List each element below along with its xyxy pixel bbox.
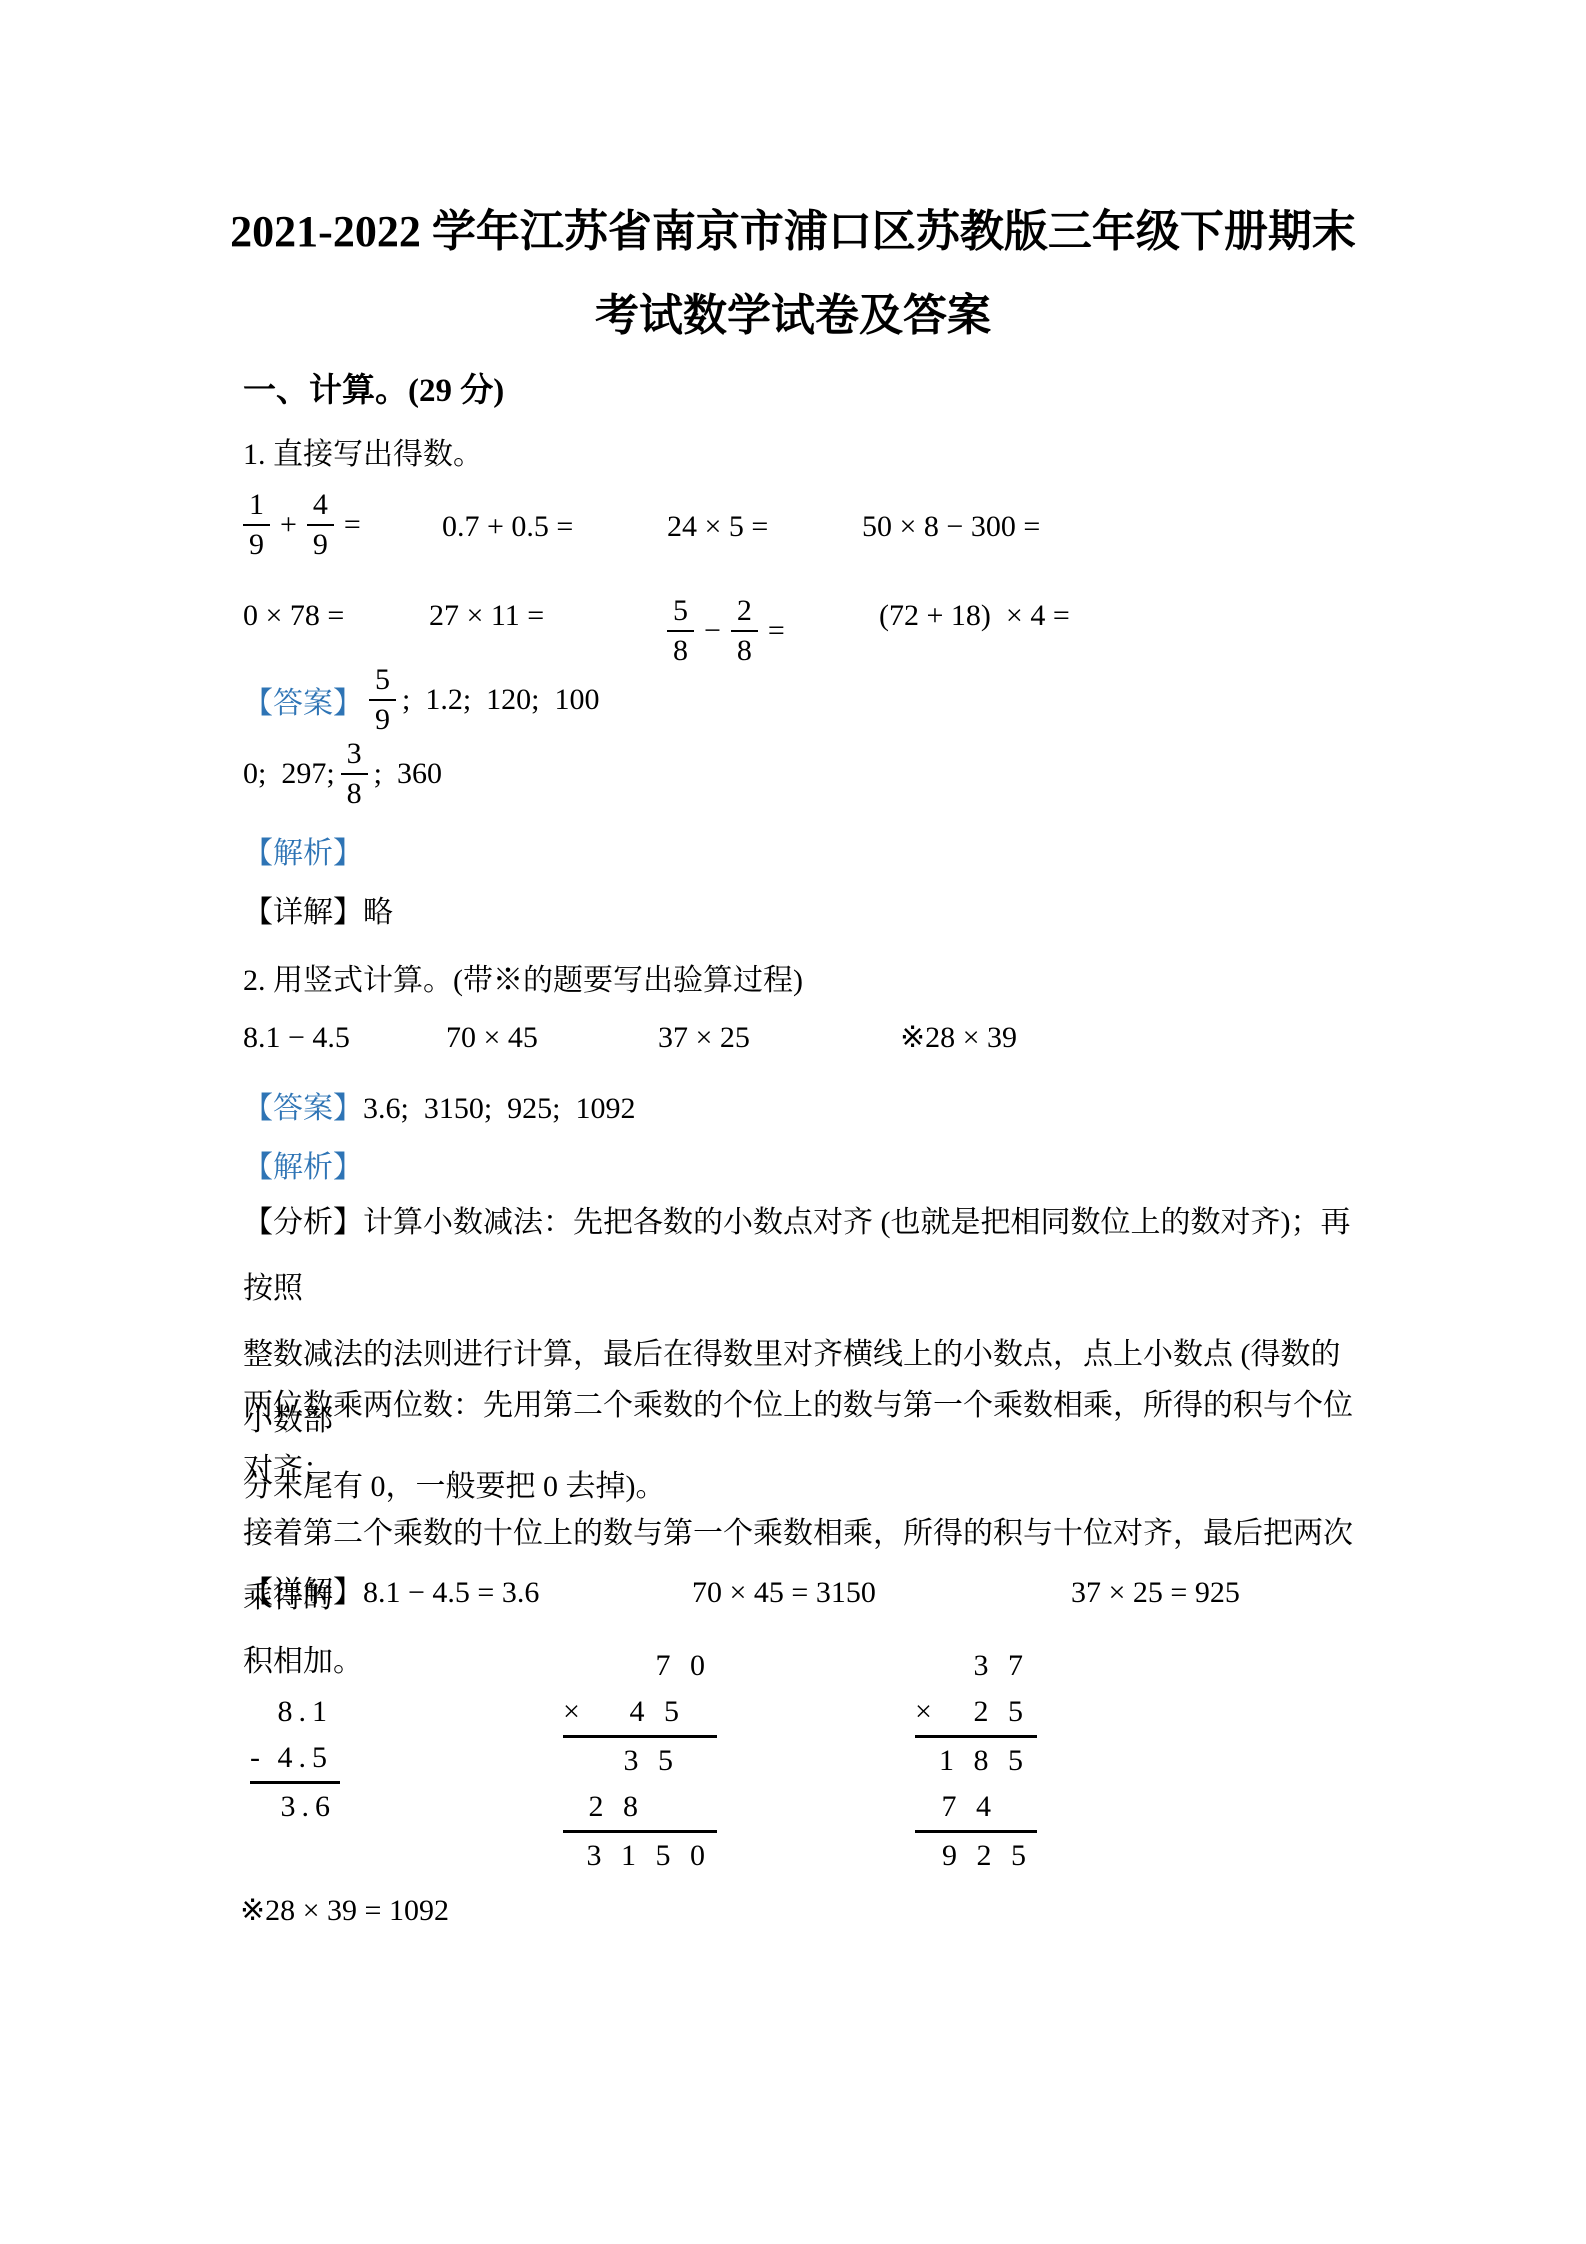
- question1-label: 1. 直接写出得数。: [243, 437, 483, 473]
- times-operator: ×: [915, 1689, 938, 1735]
- fraction-numerator: 4: [307, 489, 334, 526]
- partial-product-2: 7 4: [915, 1784, 1037, 1830]
- q2-expression-3: 37 × 25: [658, 1020, 750, 1056]
- fraction-denominator: 9: [313, 526, 328, 561]
- q2-detail-eq1: 【详解】8.1 − 4.5 = 3.6: [243, 1575, 539, 1611]
- document-title-line2: 考试数学试卷及答案: [0, 290, 1586, 342]
- answer-values: 0; 297;: [243, 757, 335, 791]
- answer-label: 【答案】: [243, 678, 363, 722]
- partial-product-1: 3 5: [563, 1738, 717, 1784]
- fraction-numerator: 1: [243, 489, 270, 526]
- partial-product-1: 1 8 5: [915, 1738, 1037, 1784]
- multiplier: 2 5: [974, 1689, 1038, 1735]
- vertical-calc-multiplication-70x45: 7 0 ×4 5 3 5 2 8 3 1 5 0: [563, 1643, 717, 1879]
- detail-equation: 8.1 − 4.5 = 3.6: [363, 1576, 539, 1609]
- fraction-denominator: 8: [737, 632, 752, 667]
- answer-values: 3.6; 3150; 925; 1092: [363, 1092, 636, 1125]
- q1-row1-expression-2: 0.7 + 0.5 =: [442, 509, 573, 545]
- q2-answer-line: 【答案】3.6; 3150; 925; 1092: [243, 1091, 636, 1127]
- equals-sign: =: [344, 508, 361, 542]
- times-operator: ×: [563, 1689, 586, 1735]
- q2-analysis-paragraph-2: 两位数乘两位数：先用第二个乘数的个位上的数与第一个乘数相乘，所得的积与个位对齐；…: [243, 1374, 1358, 1694]
- q2-analysis-label: 【解析】: [243, 1150, 363, 1186]
- q1-row2-expression-1: 0 × 78 =: [243, 598, 344, 634]
- product-result: 9 2 5: [915, 1833, 1037, 1879]
- fraction-numerator: 3: [341, 738, 368, 775]
- multiplicand: 3 7: [915, 1643, 1037, 1689]
- vertical-calc-multiplication-37x25: 3 7 ×2 5 1 8 5 7 4 9 2 5: [915, 1643, 1037, 1879]
- fraction-numerator: 5: [667, 595, 694, 632]
- fraction-denominator: 8: [673, 632, 688, 667]
- q1-row1-expression-4: 50 × 8 − 300 =: [862, 509, 1040, 545]
- q2-expression-2: 70 × 45: [446, 1020, 538, 1056]
- q2-detail-eq2: 70 × 45 = 3150: [692, 1575, 876, 1611]
- fraction-denominator: 9: [249, 526, 264, 561]
- difference-result: 3.6: [250, 1784, 340, 1830]
- q1-row2-expression-2: 27 × 11 =: [429, 598, 544, 634]
- plus-operator: +: [280, 508, 297, 542]
- paragraph-line: 积相加。: [243, 1630, 1358, 1694]
- fraction-numerator: 5: [369, 664, 396, 701]
- fraction: 5 9: [369, 664, 396, 737]
- detail-text: 略: [363, 896, 393, 929]
- q1-row1-expression-3: 24 × 5 =: [667, 509, 768, 545]
- q2-check-equation: ※28 × 39 = 1092: [240, 1893, 449, 1929]
- detail-label: 【详解】: [243, 1576, 363, 1609]
- q1-answer-line2: 0; 297; 3 8 ; 360: [243, 738, 442, 811]
- q2-expression-1: 8.1 − 4.5: [243, 1020, 350, 1056]
- q1-row2-fraction-expression: 5 8 − 2 8 =: [667, 595, 785, 668]
- operator-row: ×4 5: [563, 1689, 717, 1735]
- document-title-line1: 2021-2022 学年江苏省南京市浦口区苏教版三年级下册期末: [0, 206, 1586, 258]
- q1-row2-expression-4: (72 + 18) × 4 =: [879, 598, 1070, 634]
- minus-operator: -: [250, 1735, 266, 1781]
- q1-row1-fraction-expression: 1 9 + 4 9 =: [243, 489, 361, 562]
- q1-answer-line1: 【答案】 5 9 ; 1.2; 120; 100: [243, 664, 600, 737]
- q2-expression-4: ※28 × 39: [900, 1020, 1017, 1056]
- fraction: 4 9: [307, 489, 334, 562]
- vertical-calc-subtraction: 8.1 -4.5 3.6: [250, 1689, 340, 1830]
- exam-document-page: 2021-2022 学年江苏省南京市浦口区苏教版三年级下册期末 考试数学试卷及答…: [0, 0, 1586, 2244]
- section1-heading: 一、计算。(29 分): [243, 371, 504, 411]
- fraction-denominator: 9: [375, 701, 390, 736]
- q1-detail-line: 【详解】略: [243, 895, 393, 931]
- partial-product-2: 2 8: [563, 1784, 717, 1830]
- answer-values: ; 360: [374, 757, 442, 791]
- fraction: 3 8: [341, 738, 368, 811]
- fraction: 1 9: [243, 489, 270, 562]
- multiplier: 4 5: [630, 1689, 718, 1735]
- operator-row: ×2 5: [915, 1689, 1037, 1735]
- answer-values: ; 1.2; 120; 100: [402, 683, 600, 717]
- product-result: 3 1 5 0: [563, 1833, 717, 1879]
- minuend: 8.1: [250, 1689, 340, 1735]
- q2-detail-eq3: 37 × 25 = 925: [1071, 1575, 1240, 1611]
- fraction: 5 8: [667, 595, 694, 668]
- question2-label: 2. 用竖式计算。(带※的题要写出验算过程): [243, 963, 803, 999]
- subtrahend: 4.5: [278, 1735, 341, 1781]
- paragraph-line: 【分析】计算小数减法：先把各数的小数点对齐 (也就是把相同数位上的数对齐)；再按…: [243, 1190, 1358, 1322]
- operator-row: -4.5: [250, 1735, 340, 1781]
- fraction: 2 8: [731, 595, 758, 668]
- detail-label: 【详解】: [243, 896, 363, 929]
- answer-label: 【答案】: [243, 1092, 363, 1125]
- paragraph-line: 两位数乘两位数：先用第二个乘数的个位上的数与第一个乘数相乘，所得的积与个位对齐；: [243, 1374, 1358, 1502]
- fraction-numerator: 2: [731, 595, 758, 632]
- equals-sign: =: [768, 614, 785, 648]
- fraction-denominator: 8: [347, 775, 362, 810]
- minus-operator: −: [704, 614, 721, 648]
- multiplicand: 7 0: [563, 1643, 717, 1689]
- q1-analysis-label: 【解析】: [243, 836, 363, 872]
